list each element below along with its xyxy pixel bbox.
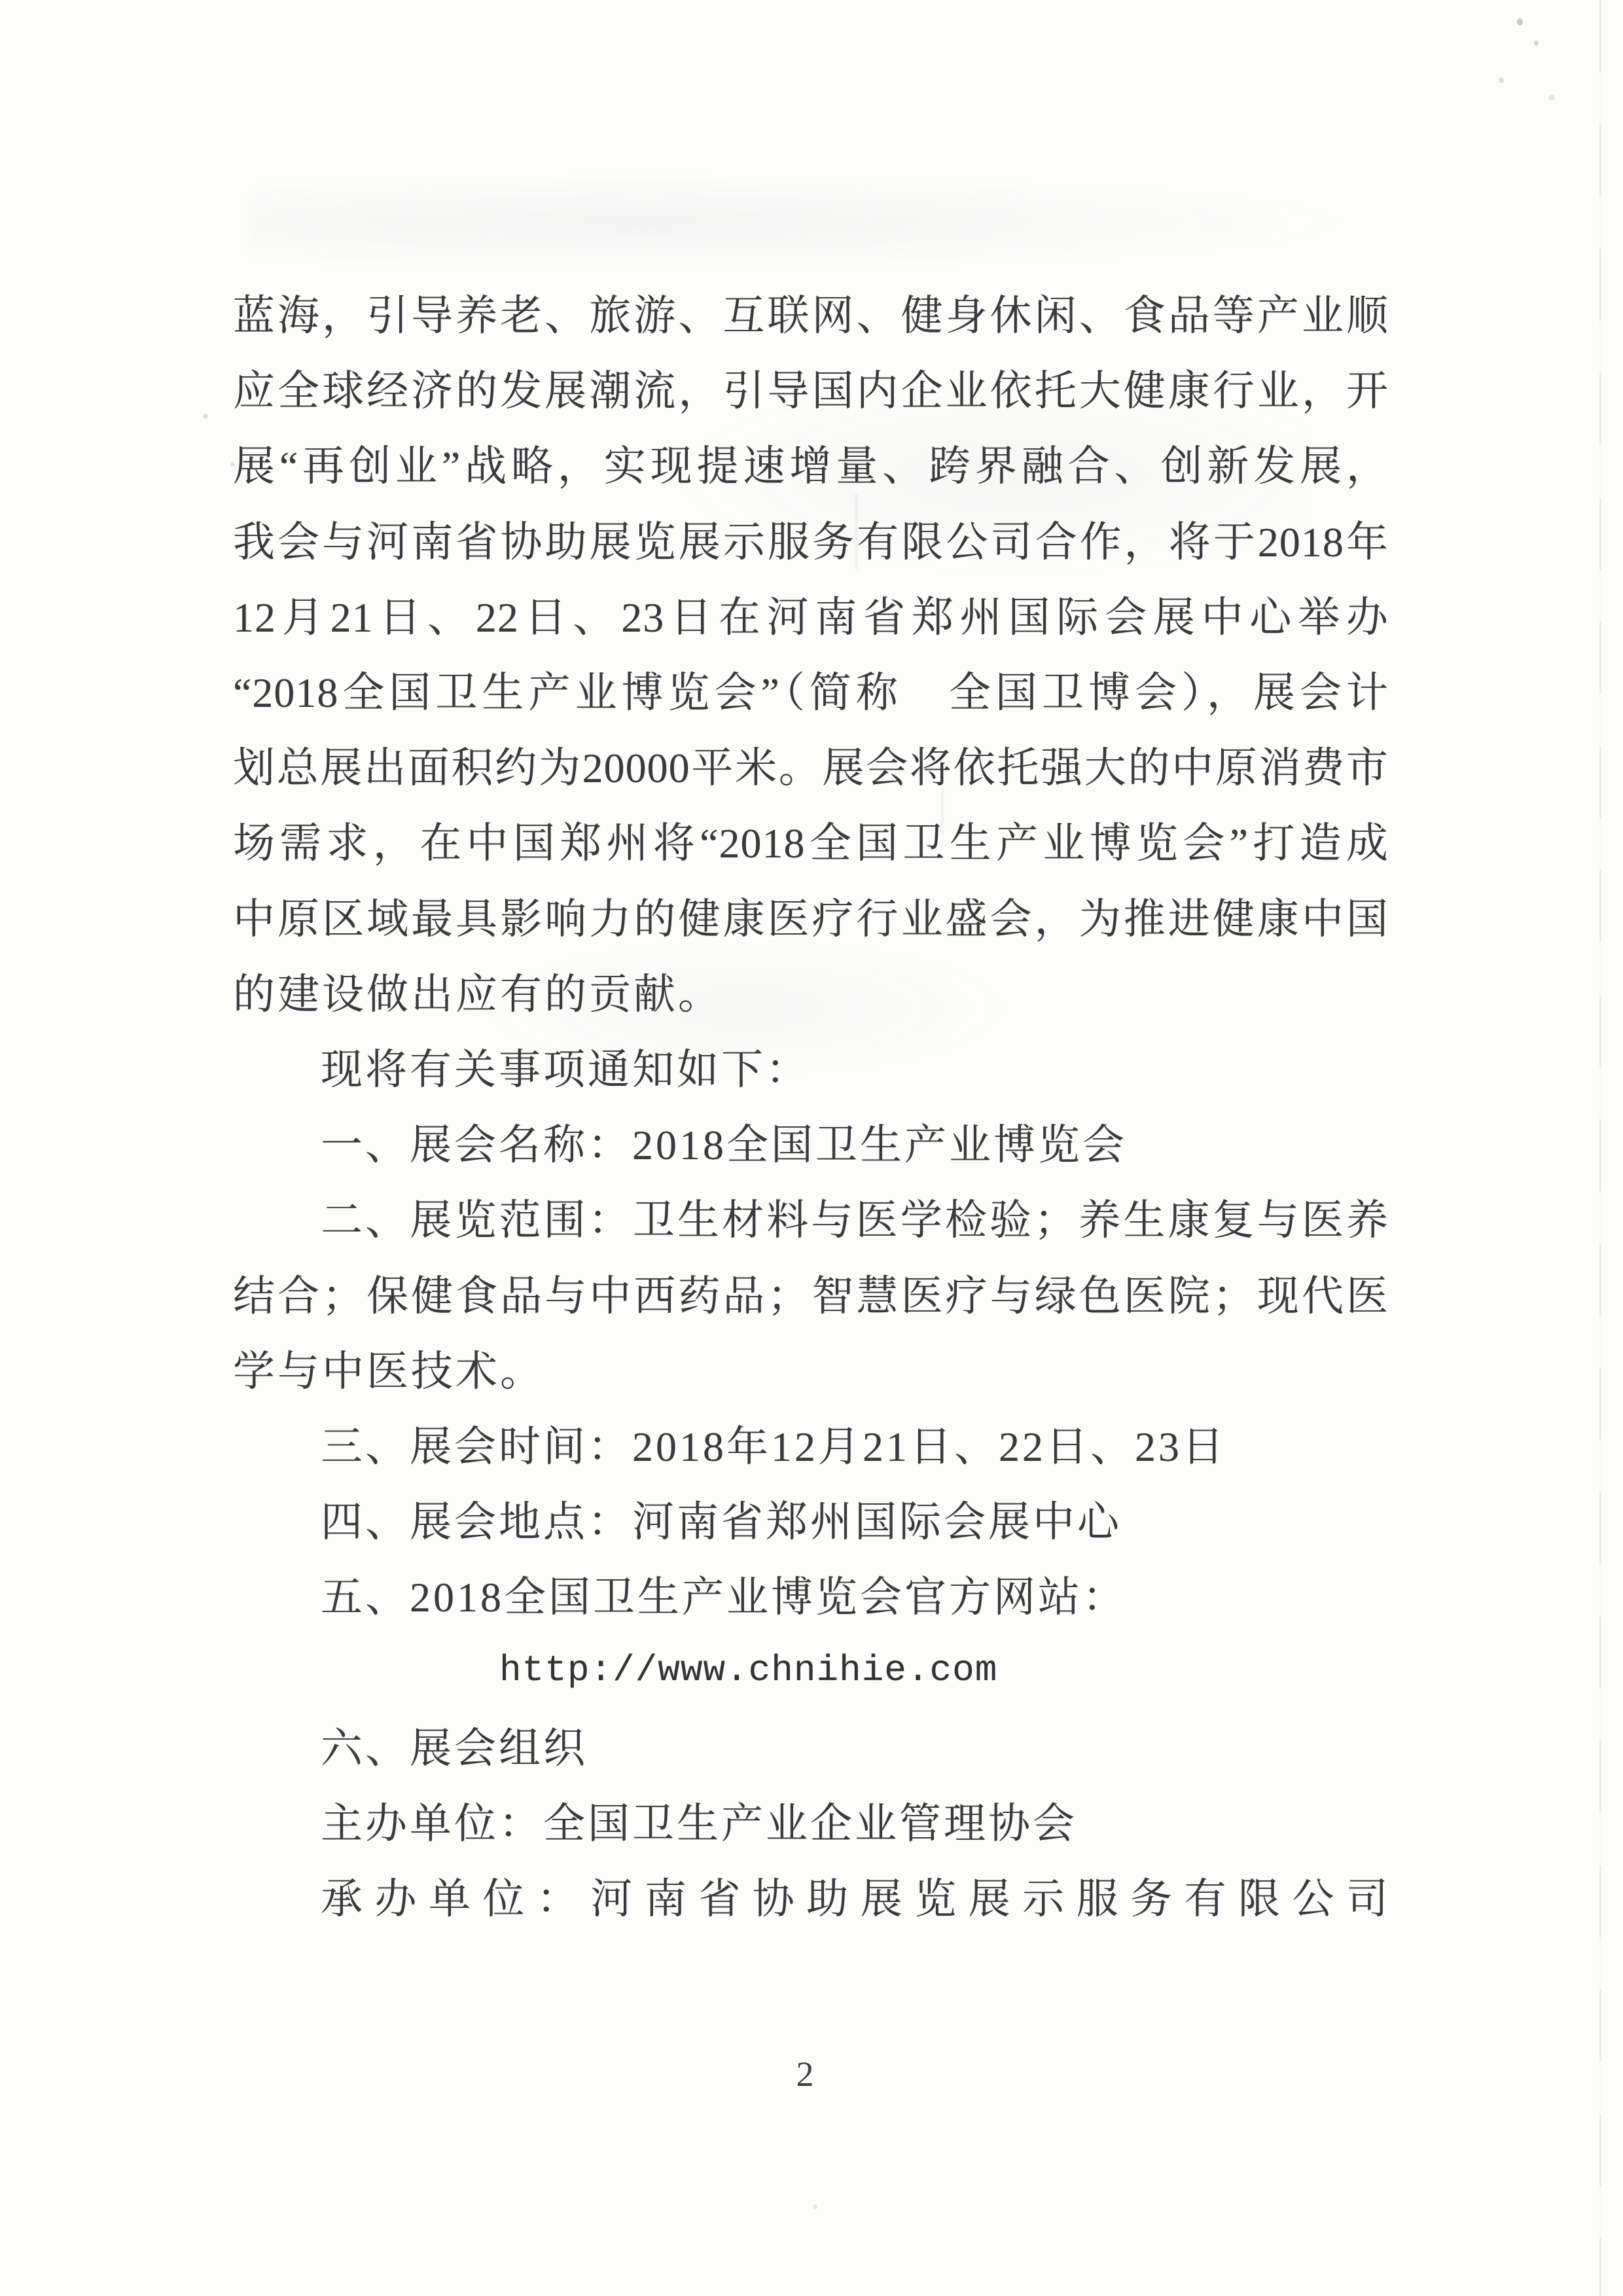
item-3-exhibition-time: 三、展会时间：2018年12月21日、22日、23日	[233, 1424, 1389, 1471]
paragraph-intro-line: 中原区域最具影响力的健康医疗行业盛会，为推进健康中国	[233, 896, 1389, 943]
item-2-exhibition-scope: 二、展览范围：卫生材料与医学检验；养生康复与医养	[233, 1197, 1389, 1244]
item-6-exhibition-organization: 六、展会组织	[233, 1725, 1389, 1772]
item-2-scope-continuation: 结合；保健食品与中西药品；智慧医疗与绿色医院；现代医	[233, 1273, 1389, 1320]
scan-speck	[203, 414, 208, 419]
co-organizer-line: 承办单位：河南省协助展览展示服务有限公司	[233, 1876, 1389, 1923]
document-page: 蓝海，引导养老、旅游、互联网、健身休闲、食品等产业顺 应全球经济的发展潮流，引导…	[0, 0, 1623, 2296]
paragraph-intro-line: 12月21日、22日、23日在河南省郑州国际会展中心举办	[233, 594, 1389, 641]
item-1-exhibition-name: 一、展会名称：2018全国卫生产业博览会	[233, 1122, 1389, 1169]
host-organizer-line: 主办单位：全国卫生产业企业管理协会	[233, 1801, 1389, 1848]
item-5-official-website-label: 五、2018全国卫生产业博览会官方网站：	[233, 1574, 1389, 1621]
item-2-scope-continuation: 学与中医技术。	[233, 1348, 1389, 1395]
paragraph-intro-line: 场需求，在中国郑州将“2018全国卫生产业博览会”打造成	[233, 820, 1389, 867]
scan-speck	[1548, 95, 1555, 100]
scan-speck	[1517, 18, 1523, 26]
paragraph-intro-line: 蓝海，引导养老、旅游、互联网、健身休闲、食品等产业顺	[233, 293, 1389, 340]
page-number: 2	[0, 2054, 1610, 2094]
paragraph-intro-line: 展“再创业”战略，实现提速增量、跨界融合、创新发展，	[233, 443, 1389, 490]
scan-speck	[1499, 77, 1504, 83]
paragraph-intro-line: 我会与河南省协助展览展示服务有限公司合作，将于2018年	[233, 519, 1389, 566]
scan-bleedthrough-smudge	[249, 173, 1374, 272]
paragraph-intro-line: “2018全国卫生产业博览会”（简称 全国卫博会），展会计	[233, 670, 1389, 717]
item-4-exhibition-venue: 四、展会地点：河南省郑州国际会展中心	[233, 1499, 1389, 1546]
paragraph-intro-line: 划总展出面积约为20000平米。展会将依托强大的中原消费市	[233, 745, 1389, 792]
scan-speck	[1534, 41, 1539, 46]
page-edge-shadow	[1599, 0, 1601, 2296]
paragraph-intro-line: 的建设做出应有的贡献。	[233, 971, 1389, 1018]
paragraph-intro-line: 应全球经济的发展潮流，引导国内企业依托大健康行业，开	[233, 368, 1389, 415]
official-website-url: http://www.chnihie.com	[499, 1650, 997, 1691]
scan-speck	[813, 2204, 817, 2209]
notice-lead-line: 现将有关事项通知如下：	[233, 1047, 1389, 1094]
